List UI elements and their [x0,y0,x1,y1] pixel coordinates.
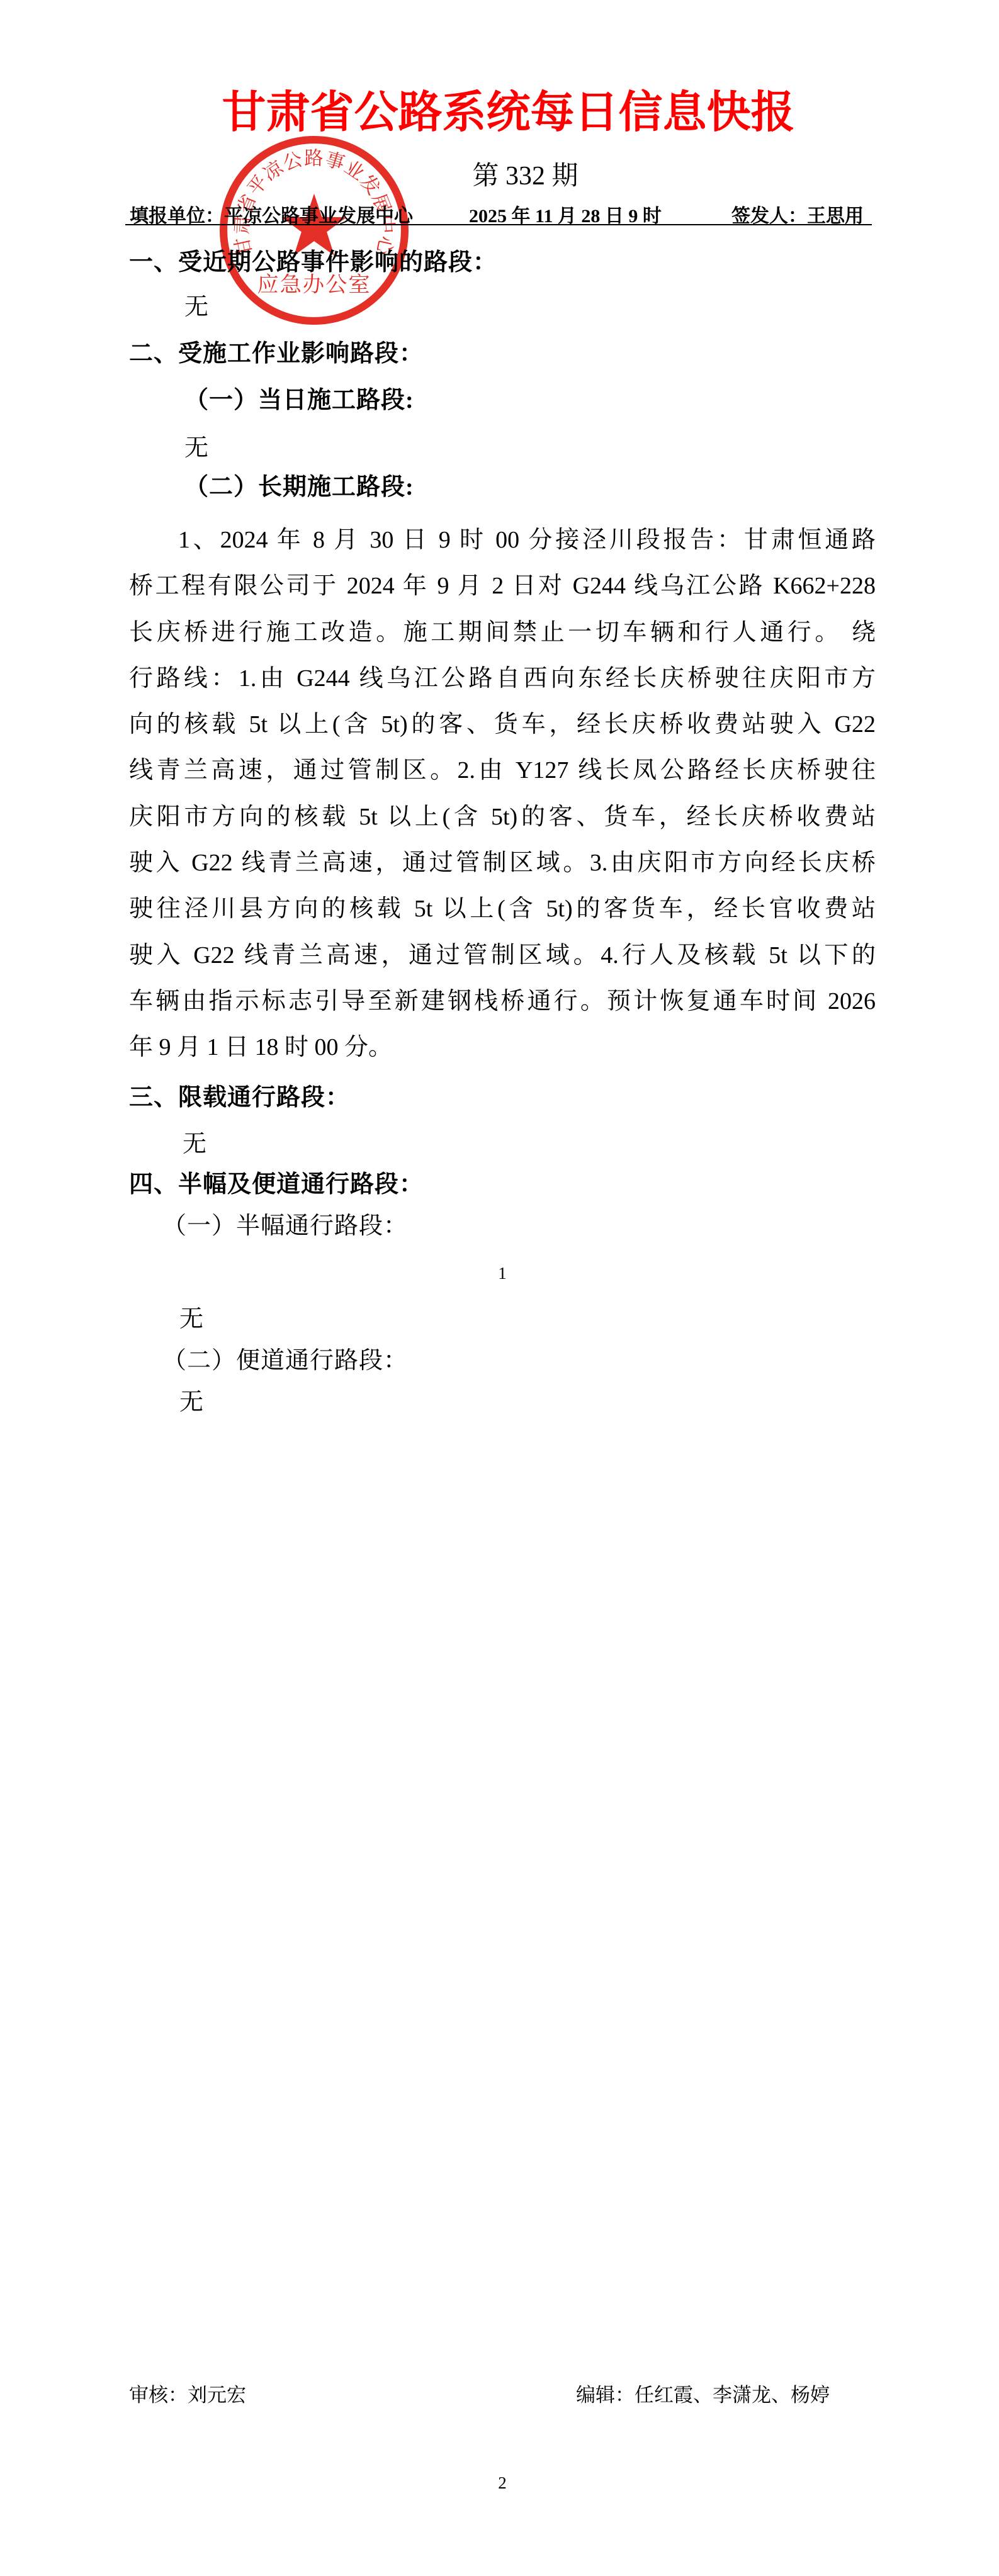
section-1-content: 无 [184,287,209,322]
editor-label: 编辑： [576,2384,635,2406]
document-title: 甘肃省公路系统每日信息快报 [220,77,796,140]
section-4-sub-2: （二）便道通行路段： [162,1341,408,1375]
paragraph-line: 庆阳市方向的核载 5t 以上(含 5t)的客、货车，经长庆桥收费站 [129,794,876,840]
section-3-content: 无 [183,1124,207,1159]
paragraph-line: 驶入 G22 线青兰高速，通过管制区域。3.由庆阳市方向经长庆桥 [129,840,876,886]
issue-number: 第 332 期 [454,155,596,193]
editor-names: 任红霞、李潇龙、杨婷 [635,2384,830,2406]
section-4-heading: 四、半幅及便道通行路段： [129,1164,424,1199]
footer-editors: 编辑：任红霞、李潇龙、杨婷 [576,2379,830,2407]
reviewer-name: 刘元宏 [188,2384,246,2406]
section-4-sub-1-content: 无 [179,1299,204,1334]
section-3-heading: 三、限载通行路段： [129,1077,350,1112]
paragraph-line: 桥工程有限公司于 2024 年 9 月 2 日对 G244 线乌江公路 K662… [129,563,876,609]
paragraph-line: 年 9 月 1 日 18 时 00 分。 [129,1025,876,1071]
document-page: 甘肃省公路系统每日信息快报 第 332 期 填报单位：平凉公路事业发展中心 20… [0,0,999,2576]
section-2-sub-1-content: 无 [184,428,209,463]
paragraph-line: 1、2024 年 8 月 30 日 9 时 00 分接泾川段报告：甘肃恒通路 [129,517,876,563]
paragraph-line: 驶往泾川县方向的核载 5t 以上(含 5t)的客货车，经长官收费站 [129,886,876,932]
construction-notice-paragraph: 1、2024 年 8 月 30 日 9 时 00 分接泾川段报告：甘肃恒通路 桥… [129,517,876,1071]
paragraph-line: 向的核载 5t 以上(含 5t)的客、货车，经长庆桥收费站驶入 G22 [129,702,876,748]
section-2-heading: 二、受施工作业影响路段： [129,334,424,368]
paragraph-line: 长庆桥进行施工改造。施工期间禁止一切车辆和行人通行。 绕 [129,610,876,656]
paragraph-line: 线青兰高速，通过管制区。2.由 Y127 线长凤公路经长庆桥驶往 [129,748,876,794]
paragraph-line: 车辆由指示标志引导至新建钢栈桥通行。预计恢复通车时间 2026 [129,979,876,1025]
section-4-sub-2-content: 无 [179,1382,204,1417]
page-number-1: 1 [129,1264,876,1283]
reviewer-label: 审核： [129,2384,188,2406]
section-2-sub-2: （二）长期施工路段: [184,467,414,502]
paragraph-line: 行路线：1.由 G244 线乌江公路自西向东经长庆桥驶往庆阳市方 [129,656,876,702]
paragraph-line: 驶入 G22 线青兰高速，通过管制区域。4.行人及核载 5t 以下的 [129,933,876,979]
official-stamp: 甘肃省平凉公路事业发展中心 应急办公室 [219,135,409,325]
stamp-office-text: 应急办公室 [257,273,371,297]
page-number-2: 2 [129,2473,876,2493]
stamp-star-icon [281,194,346,256]
section-2-sub-1: （一）当日施工路段: [184,380,414,415]
info-row: 填报单位：平凉公路事业发展中心 2025 年 11 月 28 日 9 时 签发人… [0,200,999,225]
section-4-sub-1: （一）半幅通行路段： [162,1206,408,1240]
footer-reviewer: 审核：刘元宏 [129,2379,246,2407]
